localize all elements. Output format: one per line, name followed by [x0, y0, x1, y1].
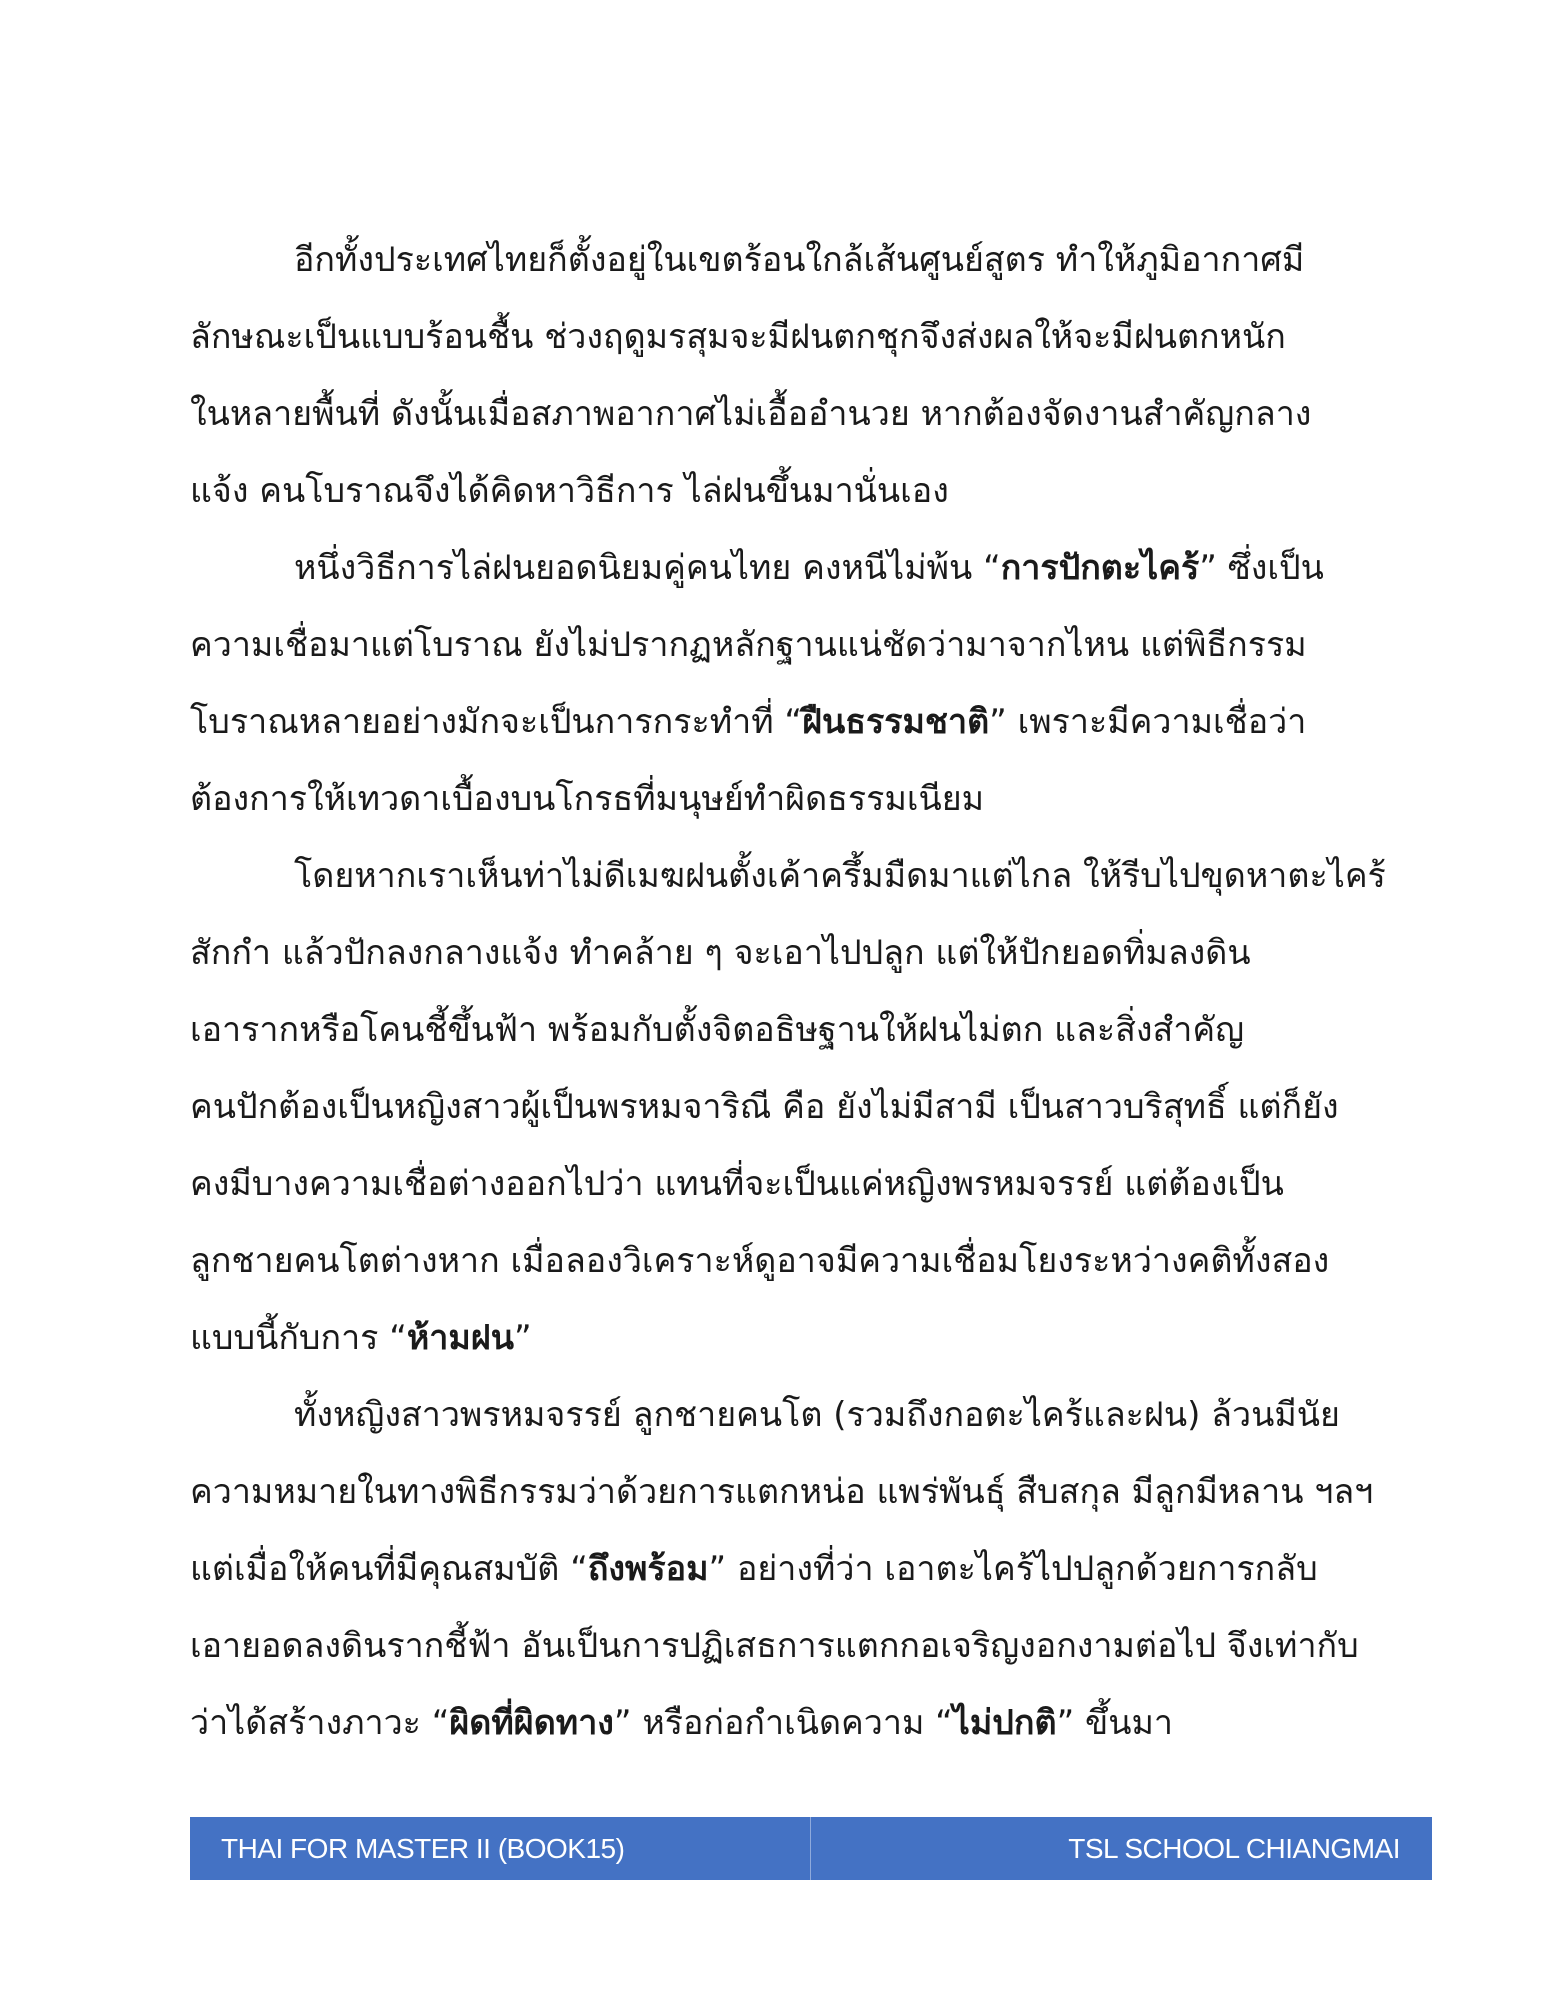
text-run: ” — [514, 1318, 532, 1358]
text-line: โบราณหลายอย่างมักจะเป็นการกระทำที่ “ฝืนธ… — [190, 684, 1425, 761]
document-body: อีกทั้งประเทศไทยก็ตั้งอยู่ในเขตร้อนใกล้เ… — [190, 222, 1425, 1762]
footer-book-title: THAI FOR MASTER II (BOOK15) — [190, 1817, 811, 1880]
text-run: โบราณหลายอย่างมักจะเป็นการกระทำที่ “ — [190, 702, 802, 742]
emphasized-term: ถึงพร้อม — [588, 1549, 709, 1589]
text-run: ” อย่างที่ว่า เอาตะไคร้ไปปลูกด้วยการกลับ — [709, 1549, 1318, 1589]
footer-school-name: TSL SCHOOL CHIANGMAI — [811, 1817, 1432, 1880]
text-line: สักกำ แล้วปักลงกลางแจ้ง ทำคล้าย ๆ จะเอาไ… — [190, 915, 1425, 992]
text-line: แต่เมื่อให้คนที่มีคุณสมบัติ “ถึงพร้อม” อ… — [190, 1531, 1425, 1608]
text-run: ทั้งหญิงสาวพรหมจรรย์ ลูกชายคนโต (รวมถึงก… — [294, 1395, 1340, 1435]
text-line: โดยหากเราเห็นท่าไม่ดีเมฆฝนตั้งเค้าครึ้มม… — [190, 838, 1425, 915]
text-line: ทั้งหญิงสาวพรหมจรรย์ ลูกชายคนโต (รวมถึงก… — [190, 1377, 1425, 1454]
text-line: ว่าได้สร้างภาวะ “ผิดที่ผิดทาง” หรือก่อกำ… — [190, 1685, 1425, 1762]
text-line: เอารากหรือโคนชี้ขึ้นฟ้า พร้อมกับตั้งจิตอ… — [190, 992, 1425, 1069]
text-line: ในหลายพื้นที่ ดังนั้นเมื่อสภาพอากาศไม่เอ… — [190, 376, 1425, 453]
text-run: แบบนี้กับการ “ — [190, 1318, 407, 1358]
page-footer: THAI FOR MASTER II (BOOK15) TSL SCHOOL C… — [190, 1817, 1432, 1880]
text-run: ” ซึ่งเป็น — [1199, 548, 1324, 588]
paragraph: ทั้งหญิงสาวพรหมจรรย์ ลูกชายคนโต (รวมถึงก… — [190, 1377, 1425, 1762]
text-run: ” เพราะมีความเชื่อว่า — [989, 702, 1306, 742]
text-run: ลูกชายคนโตต่างหาก เมื่อลองวิเคราะห์ดูอาจ… — [190, 1241, 1329, 1281]
text-run: ” ขึ้นมา — [1057, 1703, 1173, 1743]
text-run: ” หรือก่อกำเนิดความ “ — [614, 1703, 953, 1743]
text-line: แจ้ง คนโบราณจึงได้คิดหาวิธีการ ไล่ฝนขึ้น… — [190, 453, 1425, 530]
paragraph: โดยหากเราเห็นท่าไม่ดีเมฆฝนตั้งเค้าครึ้มม… — [190, 838, 1425, 1377]
text-run: แต่เมื่อให้คนที่มีคุณสมบัติ “ — [190, 1549, 588, 1589]
text-run: ความเชื่อมาแต่โบราณ ยังไม่ปรากฏหลักฐานแน… — [190, 625, 1307, 665]
emphasized-term: ผิดที่ผิดทาง — [449, 1703, 614, 1743]
text-run: ว่าได้สร้างภาวะ “ — [190, 1703, 449, 1743]
paragraph: อีกทั้งประเทศไทยก็ตั้งอยู่ในเขตร้อนใกล้เ… — [190, 222, 1425, 530]
emphasized-term: ไม่ปกติ — [953, 1703, 1057, 1743]
text-run: คนปักต้องเป็นหญิงสาวผู้เป็นพรหมจาริณี คื… — [190, 1087, 1339, 1127]
text-run: หนึ่งวิธีการไล่ฝนยอดนิยมคู่คนไทย คงหนีไม… — [294, 548, 1001, 588]
text-line: แบบนี้กับการ “ห้ามฝน” — [190, 1300, 1425, 1377]
text-line: คนปักต้องเป็นหญิงสาวผู้เป็นพรหมจาริณี คื… — [190, 1069, 1425, 1146]
text-line: คงมีบางความเชื่อต่างออกไปว่า แทนที่จะเป็… — [190, 1146, 1425, 1223]
text-run: เอายอดลงดินรากชี้ฟ้า อันเป็นการปฏิเสธการ… — [190, 1626, 1359, 1666]
emphasized-term: ห้ามฝน — [407, 1318, 514, 1358]
paragraph: หนึ่งวิธีการไล่ฝนยอดนิยมคู่คนไทย คงหนีไม… — [190, 530, 1425, 838]
text-line: ลักษณะเป็นแบบร้อนชื้น ช่วงฤดูมรสุมจะมีฝน… — [190, 299, 1425, 376]
text-run: ในหลายพื้นที่ ดังนั้นเมื่อสภาพอากาศไม่เอ… — [190, 394, 1311, 434]
emphasized-term: การปักตะไคร้ — [1001, 548, 1200, 588]
text-run: สักกำ แล้วปักลงกลางแจ้ง ทำคล้าย ๆ จะเอาไ… — [190, 933, 1251, 973]
text-run: ลักษณะเป็นแบบร้อนชื้น ช่วงฤดูมรสุมจะมีฝน… — [190, 317, 1286, 357]
text-run: แจ้ง คนโบราณจึงได้คิดหาวิธีการ ไล่ฝนขึ้น… — [190, 471, 949, 511]
text-run: คงมีบางความเชื่อต่างออกไปว่า แทนที่จะเป็… — [190, 1164, 1284, 1204]
text-line: อีกทั้งประเทศไทยก็ตั้งอยู่ในเขตร้อนใกล้เ… — [190, 222, 1425, 299]
text-run: เอารากหรือโคนชี้ขึ้นฟ้า พร้อมกับตั้งจิตอ… — [190, 1010, 1244, 1050]
text-line: หนึ่งวิธีการไล่ฝนยอดนิยมคู่คนไทย คงหนีไม… — [190, 530, 1425, 607]
text-line: ต้องการให้เทวดาเบื้องบนโกรธที่มนุษย์ทำผิ… — [190, 761, 1425, 838]
text-run: อีกทั้งประเทศไทยก็ตั้งอยู่ในเขตร้อนใกล้เ… — [294, 240, 1304, 280]
emphasized-term: ฝืนธรรมชาติ — [802, 702, 989, 742]
text-run: ความหมายในทางพิธีกรรมว่าด้วยการแตกหน่อ แ… — [190, 1472, 1373, 1512]
text-line: ลูกชายคนโตต่างหาก เมื่อลองวิเคราะห์ดูอาจ… — [190, 1223, 1425, 1300]
text-run: โดยหากเราเห็นท่าไม่ดีเมฆฝนตั้งเค้าครึ้มม… — [294, 856, 1386, 896]
text-run: ต้องการให้เทวดาเบื้องบนโกรธที่มนุษย์ทำผิ… — [190, 779, 984, 819]
text-line: ความเชื่อมาแต่โบราณ ยังไม่ปรากฏหลักฐานแน… — [190, 607, 1425, 684]
text-line: ความหมายในทางพิธีกรรมว่าด้วยการแตกหน่อ แ… — [190, 1454, 1425, 1531]
text-line: เอายอดลงดินรากชี้ฟ้า อันเป็นการปฏิเสธการ… — [190, 1608, 1425, 1685]
